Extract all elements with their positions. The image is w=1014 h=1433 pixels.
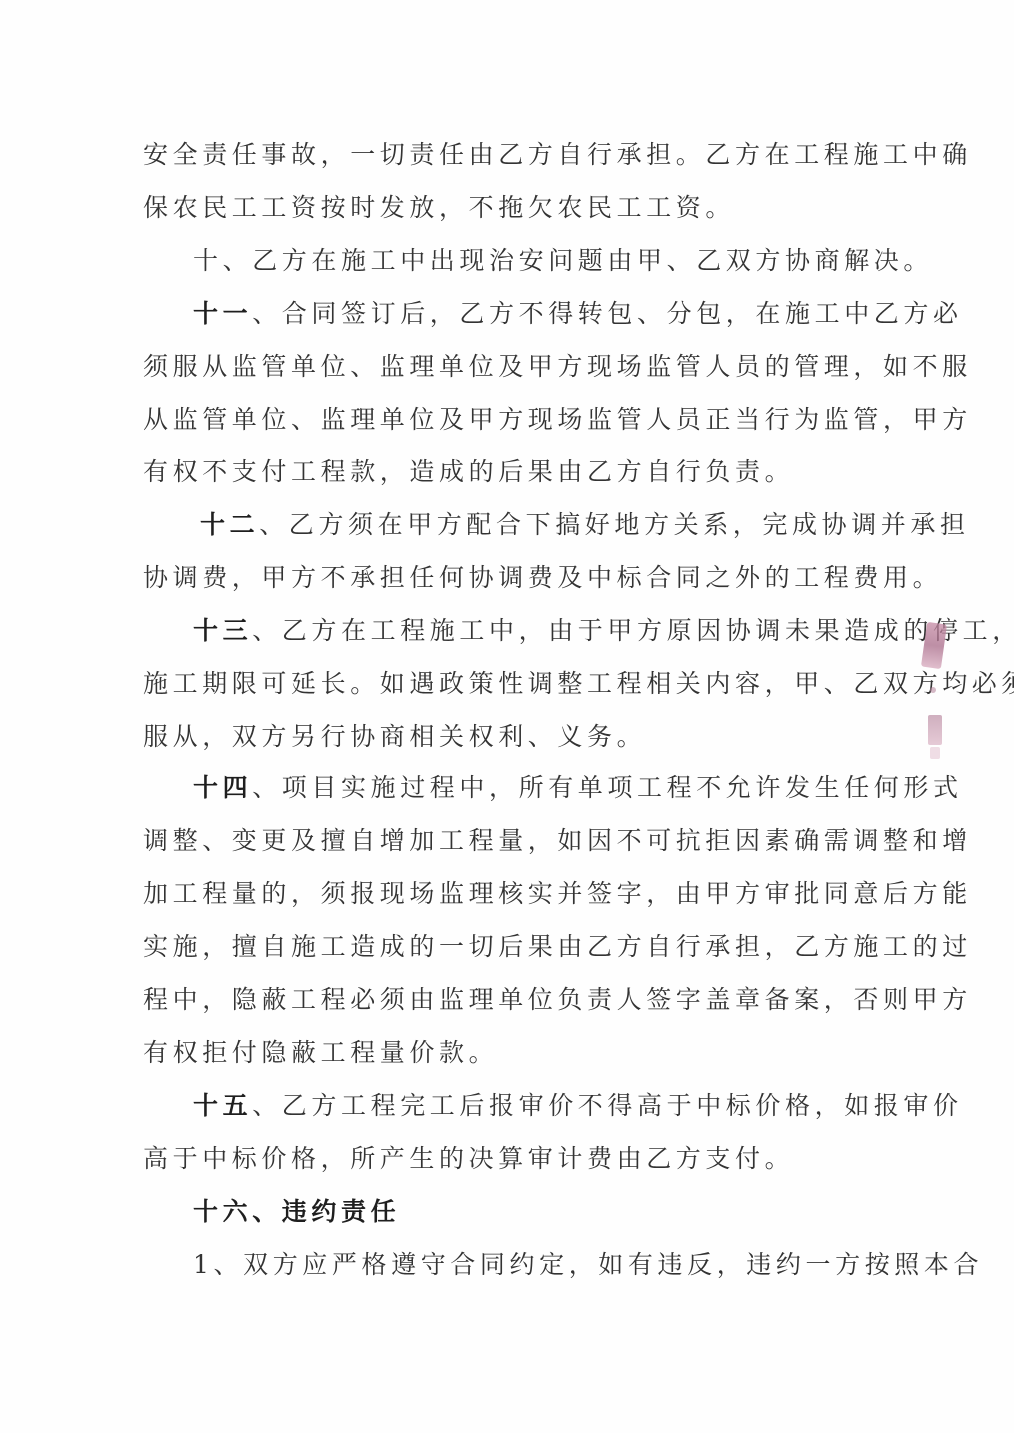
text-line: 须服从监管单位、监理单位及甲方现场监管人员的管理，如不服 <box>143 352 863 382</box>
seal-mark <box>921 622 947 669</box>
text-line: 高于中标价格，所产生的决算审计费由乙方支付。 <box>143 1144 863 1174</box>
text-line: 1、双方应严格遵守合同约定，如有违反，违约一方按照本合 <box>193 1250 863 1280</box>
text-line: 保农民工工资按时发放，不拖欠农民工工资。 <box>143 193 863 223</box>
seal-stamp-fragment <box>920 615 950 765</box>
clause-12: 十二、乙方须在甲方配合下搞好地方关系，完成协调并承担 <box>200 510 863 540</box>
text-line: 调整、变更及擅自增加工程量，如因不可抗拒因素确需调整和增 <box>143 826 863 856</box>
clause-number: 十一 <box>193 299 252 328</box>
clause-text: 、合同签订后，乙方不得转包、分包，在施工中乙方必 <box>252 299 962 328</box>
text-line: 服从，双方另行协商相关权利、义务。 <box>143 722 863 752</box>
clause-text: 、项目实施过程中，所有单项工程不允许发生任何形式 <box>252 773 962 802</box>
text-line: 安全责任事故，一切责任由乙方自行承担。乙方在工程施工中确 <box>143 140 863 170</box>
seal-mark <box>930 747 940 759</box>
text-line: 有权拒付隐蔽工程量价款。 <box>143 1038 863 1068</box>
text-line: 程中，隐蔽工程必须由监理单位负责人签字盖章备案，否则甲方 <box>143 985 863 1015</box>
clause-10: 十、乙方在施工中出现治安问题由甲、乙双方协商解决。 <box>193 246 863 276</box>
section-heading-breach-liability: 十六、违约责任 <box>193 1197 863 1227</box>
seal-mark <box>930 687 936 693</box>
clause-number: 十四 <box>193 773 252 802</box>
document-page: 安全责任事故，一切责任由乙方自行承担。乙方在工程施工中确 保农民工工资按时发放，… <box>0 0 1014 1433</box>
text-line: 加工程量的，须报现场监理核实并签字，由甲方审批同意后方能 <box>143 879 863 909</box>
clause-number: 十三 <box>193 616 252 645</box>
text-line: 从监管单位、监理单位及甲方现场监管人员正当行为监管，甲方 <box>143 405 863 435</box>
clause-11: 十一、合同签订后，乙方不得转包、分包，在施工中乙方必 <box>193 299 863 329</box>
clause-13: 十三、乙方在工程施工中，由于甲方原因协调未果造成的停工， <box>193 616 863 646</box>
text-line: 实施，擅自施工造成的一切后果由乙方自行承担，乙方施工的过 <box>143 932 863 962</box>
text-line: 有权不支付工程款，造成的后果由乙方自行负责。 <box>143 457 863 487</box>
seal-mark <box>928 715 942 745</box>
text-line: 协调费，甲方不承担任何协调费及中标合同之外的工程费用。 <box>143 563 863 593</box>
clause-text: 、乙方在工程施工中，由于甲方原因协调未果造成的停工， <box>252 616 1014 645</box>
clause-number: 十二 <box>200 510 259 539</box>
clause-14: 十四、项目实施过程中，所有单项工程不允许发生任何形式 <box>193 773 863 803</box>
text-line: 施工期限可延长。如遇政策性调整工程相关内容，甲、乙双方均必须 <box>143 669 863 699</box>
clause-15: 十五、乙方工程完工后报审价不得高于中标价格，如报审价 <box>193 1091 863 1121</box>
clause-text: 、乙方在施工中出现治安问题由甲、乙双方协商解决。 <box>223 246 933 275</box>
clause-number: 十 <box>193 246 223 275</box>
clause-text: 、乙方须在甲方配合下搞好地方关系，完成协调并承担 <box>259 510 969 539</box>
clause-number: 十五 <box>193 1091 252 1120</box>
clause-text: 、乙方工程完工后报审价不得高于中标价格，如报审价 <box>252 1091 962 1120</box>
